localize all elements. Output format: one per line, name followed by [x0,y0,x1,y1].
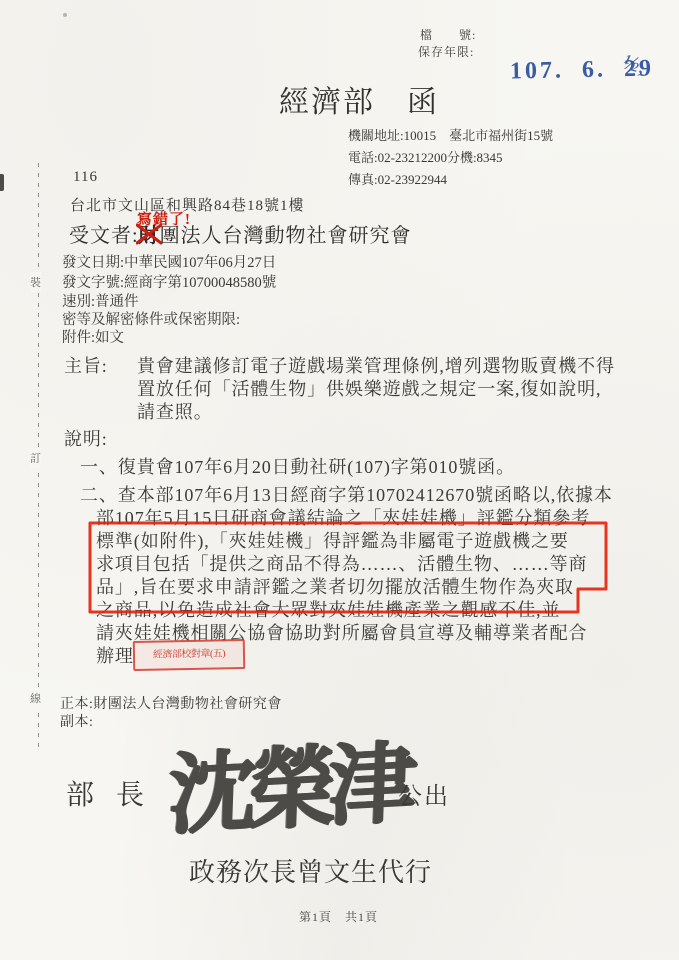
carbon-copy-line: 副本: [60,714,93,732]
crossed-character-glyph: 財 [139,225,160,247]
recipient-name: 團法人台灣動物社會研究會 [160,225,412,247]
minister-title: 部長 [66,778,166,813]
document-number: 發文字號:經商字第10700048580號 [62,274,276,292]
explanation-item-2-line: 部107年5月15日研商會議結論之「夾娃娃機」評鑑分類參考 [96,507,590,530]
explanation-item-2-line: 求項目包括「提供之商品不得為……、活體生物、……等商 [96,553,587,576]
binding-margin-char: 訂 [30,448,41,468]
retention-period-label: 保存年限: [418,45,474,60]
original-copy-line: 正本:財團法人台灣動物社會研究會 [60,696,282,714]
security-classification: 密等及解密條件或保密期限: [62,311,240,329]
explanation-item-1: 一、復貴會107年6月20日動社研(107)字第010號函。 [80,456,515,479]
explanation-item-2-line: 二、查本部107年6月13日經商字第10702412670號函略以,依據本 [80,484,613,507]
minister-away-note: 公出 [398,782,450,812]
explanation-item-2-line: 辦理 [96,645,134,668]
attachment-note: 附件:如文 [62,329,124,347]
binding-margin-char: 線 [30,688,41,708]
scan-edge-artifact [0,174,4,191]
recipient-label: 受文者: [69,225,139,247]
crossed-out-character: 財 [139,224,160,249]
agency-fax: 傳真:02-23922944 [348,172,447,188]
document-date: 發文日期:中華民國107年06月27日 [62,254,276,272]
subject-line: 置放任何「活體生物」供娛樂遊戲之規定一案,復如說明, [137,378,601,401]
scan-speck [63,13,67,17]
recipient-zip-code: 116 [73,168,98,187]
subject-line: 請查照。 [137,401,213,424]
explanation-item-2-line: 品」,旨在要求申請評鑑之業者切勿擺放活體生物作為夾取 [96,576,574,599]
agency-address: 機關地址:10015 臺北市福州街15號 [348,128,553,144]
file-number-label: 檔 號: [420,28,476,43]
explanation-item-2-line: 之商品,以免造成社會大眾對夾娃娃機產業之觀感不佳,並 [96,599,560,622]
recipient-line: 受文者:財團法人台灣動物社會研究會 [69,224,412,249]
minister-signature-calligraphy: 沈榮津 [166,730,410,853]
subject-line: 貴會建議修訂電子遊戲場業管理條例,增列選物販賣機不得 [137,355,615,378]
red-verification-seal-stamp: 經濟部校對章(五) [133,639,246,671]
explanation-label: 說明: [64,428,108,451]
deputy-minister-signing-note: 政務次長曾文生代行 [189,857,432,890]
subject-label: 主旨: [64,355,108,378]
agency-phone: 電話:02-23212200分機:8345 [348,150,503,166]
page-number-footer: 第1頁 共1頁 [299,910,378,925]
scanned-official-letter: 檔 號: 保存年限: 107. 6. 29 ½, 經濟部 函 機關地址:1001… [0,0,679,960]
priority-level: 速別:普通件 [62,293,139,311]
letter-title: 經濟部 函 [279,84,439,122]
explanation-item-2-line: 標準(如附件),「夾娃娃機」得評鑑為非屬電子遊戲機之要 [96,530,569,553]
binding-margin-char: 裝 [30,272,41,292]
